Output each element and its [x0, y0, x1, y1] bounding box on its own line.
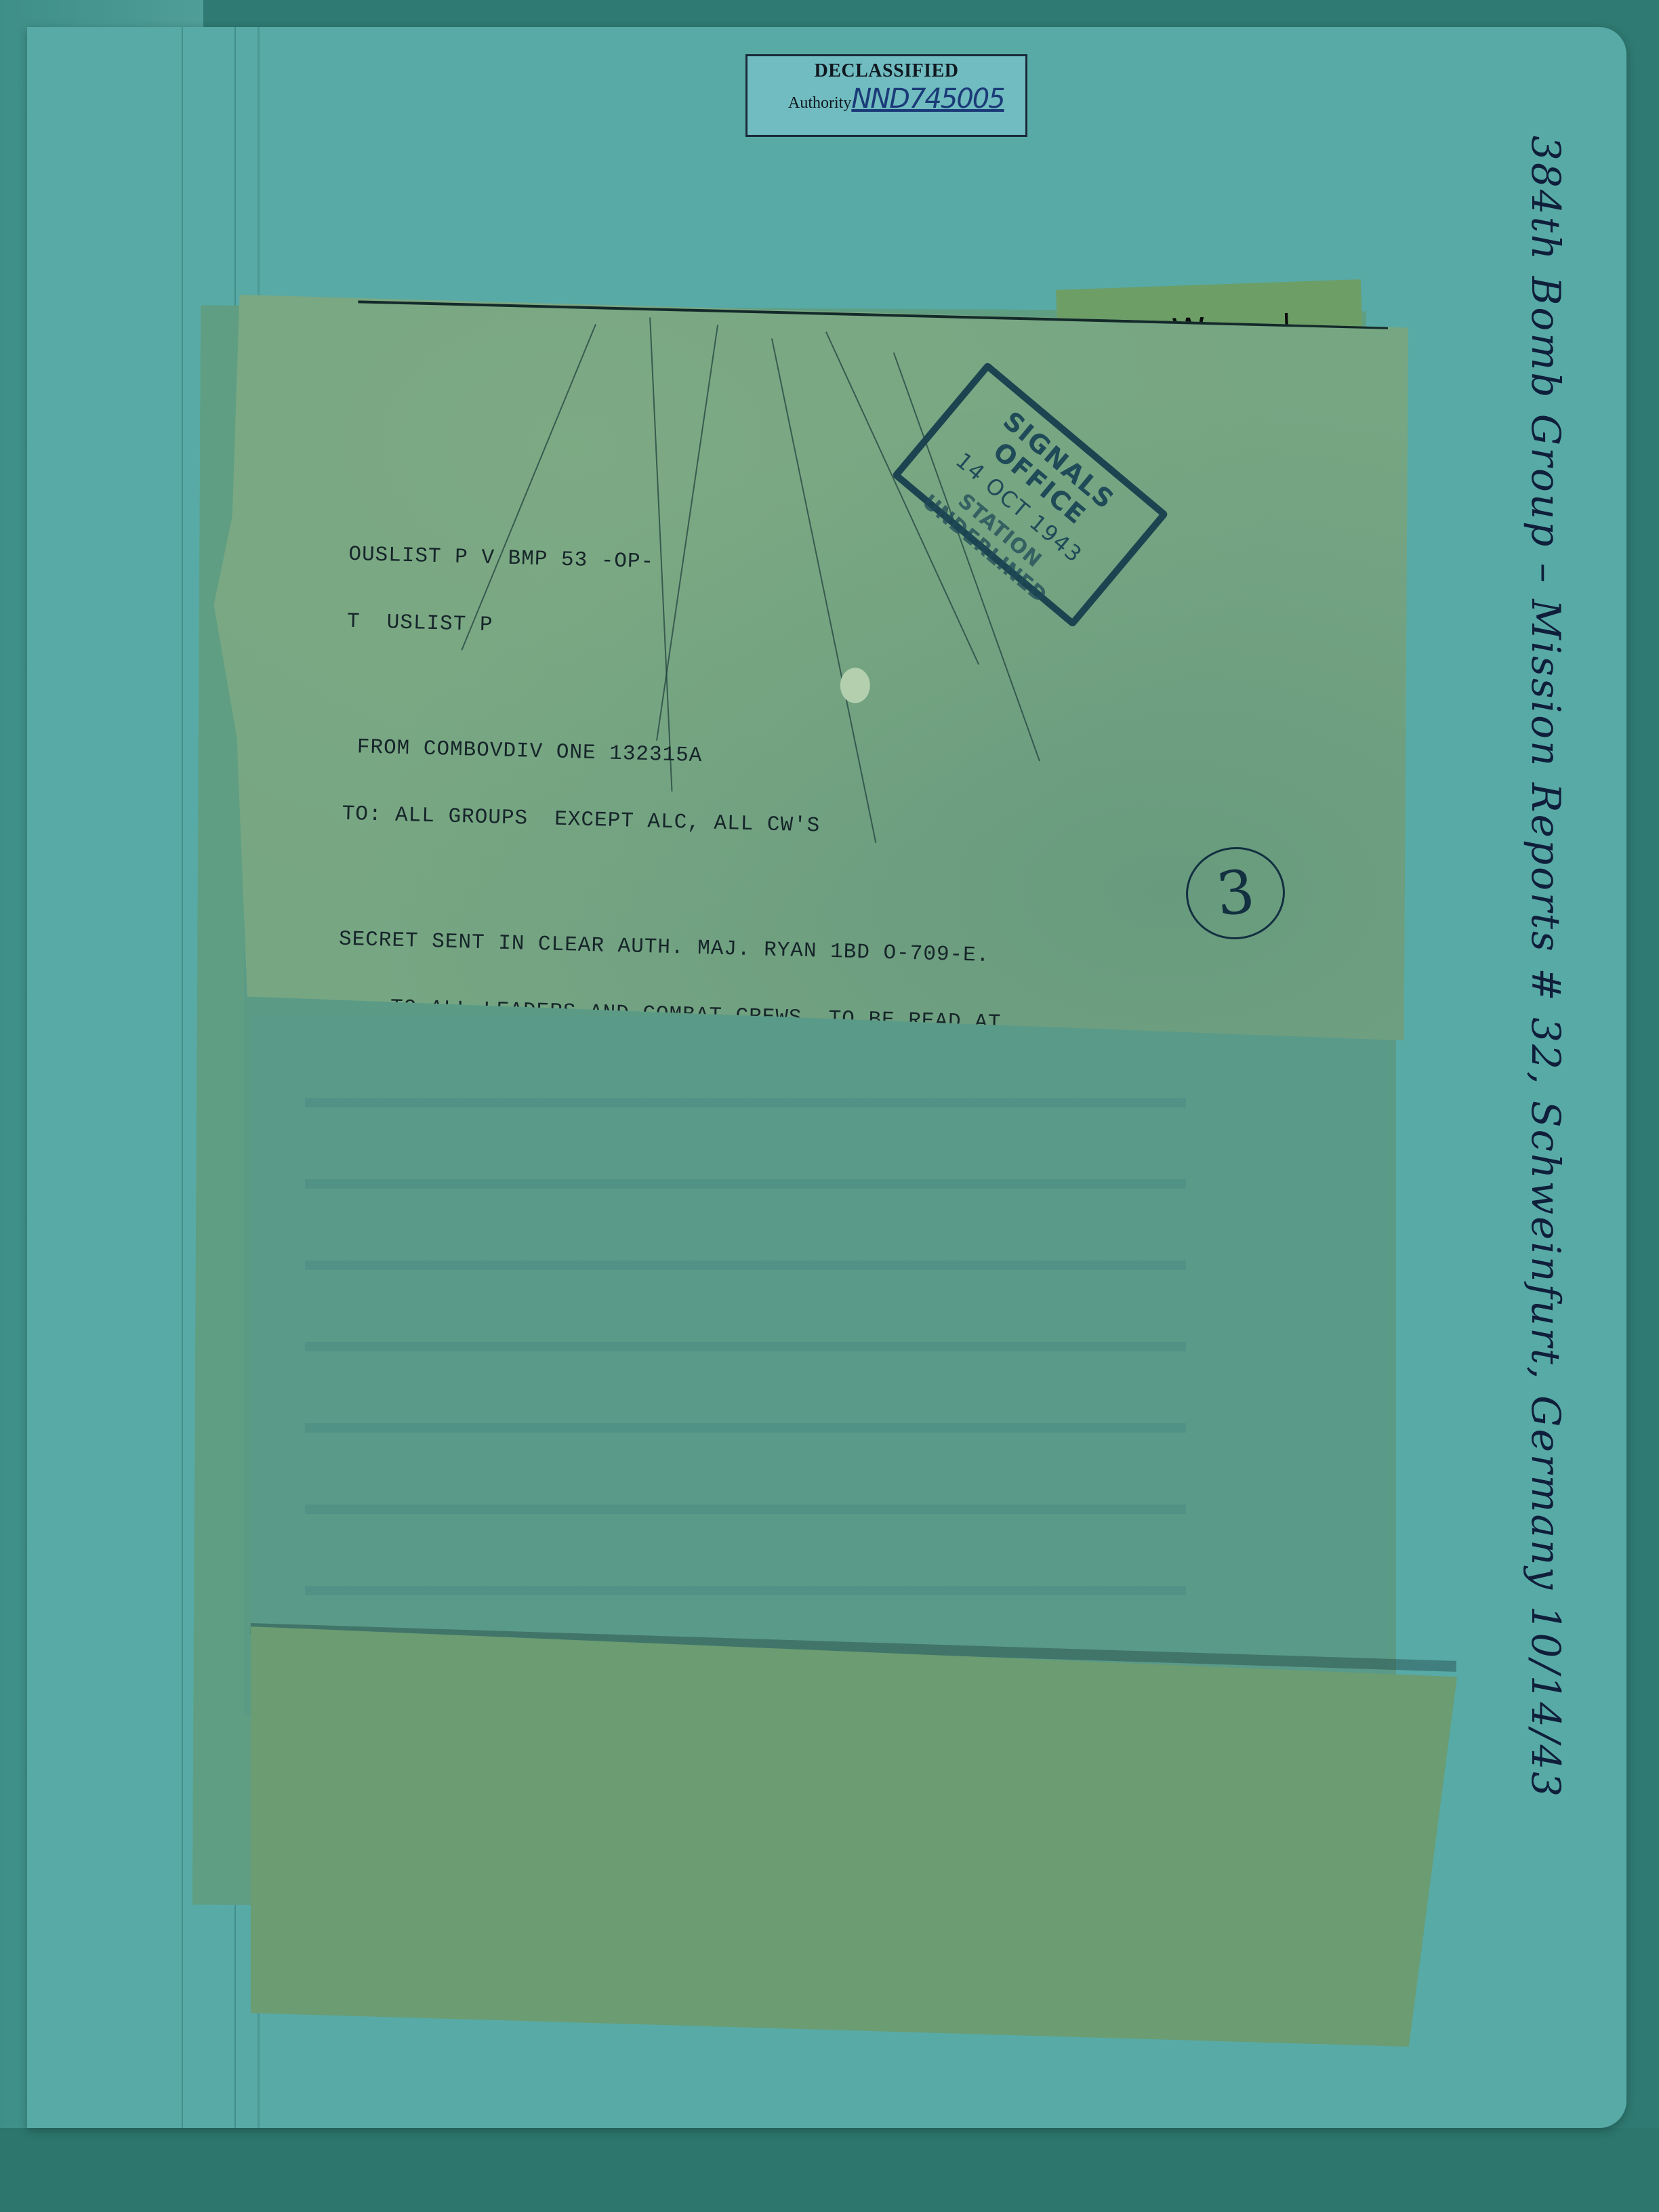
authority-number: NND745005 [851, 83, 1004, 115]
message-line: SECRET SENT IN CLEAR AUTH. MAJ. RYAN 1BD… [339, 928, 1355, 977]
folder-handwritten-annotation: 384th Bomb Group – Mission Reports # 32,… [1501, 136, 1582, 1593]
folder-crease [182, 27, 183, 2128]
lower-document-sheet [251, 1017, 1389, 1701]
annotation-text: 384th Bomb Group – Mission Reports # 32,… [1523, 136, 1569, 1799]
background-table [0, 2128, 1659, 2212]
folded-envelope [251, 1626, 1457, 2047]
routing-line-1: OUSLIST P V BMP 53 -OP- [348, 544, 1365, 592]
bleed-through-text [305, 1057, 1186, 1667]
from-line: FROM COMBOVDIV ONE 132315A [344, 736, 1360, 784]
declassified-title: DECLASSIFIED [747, 60, 1025, 82]
declassified-label: DECLASSIFIED AuthorityNND745005 [745, 54, 1027, 137]
authority-row: AuthorityNND745005 [747, 83, 1025, 115]
to-line: TO: ALL GROUPS EXCEPT ALC, ALL CW'S [342, 803, 1358, 851]
authority-label: Authority [788, 94, 851, 112]
routing-line-2: T USLIST P [346, 611, 1363, 659]
